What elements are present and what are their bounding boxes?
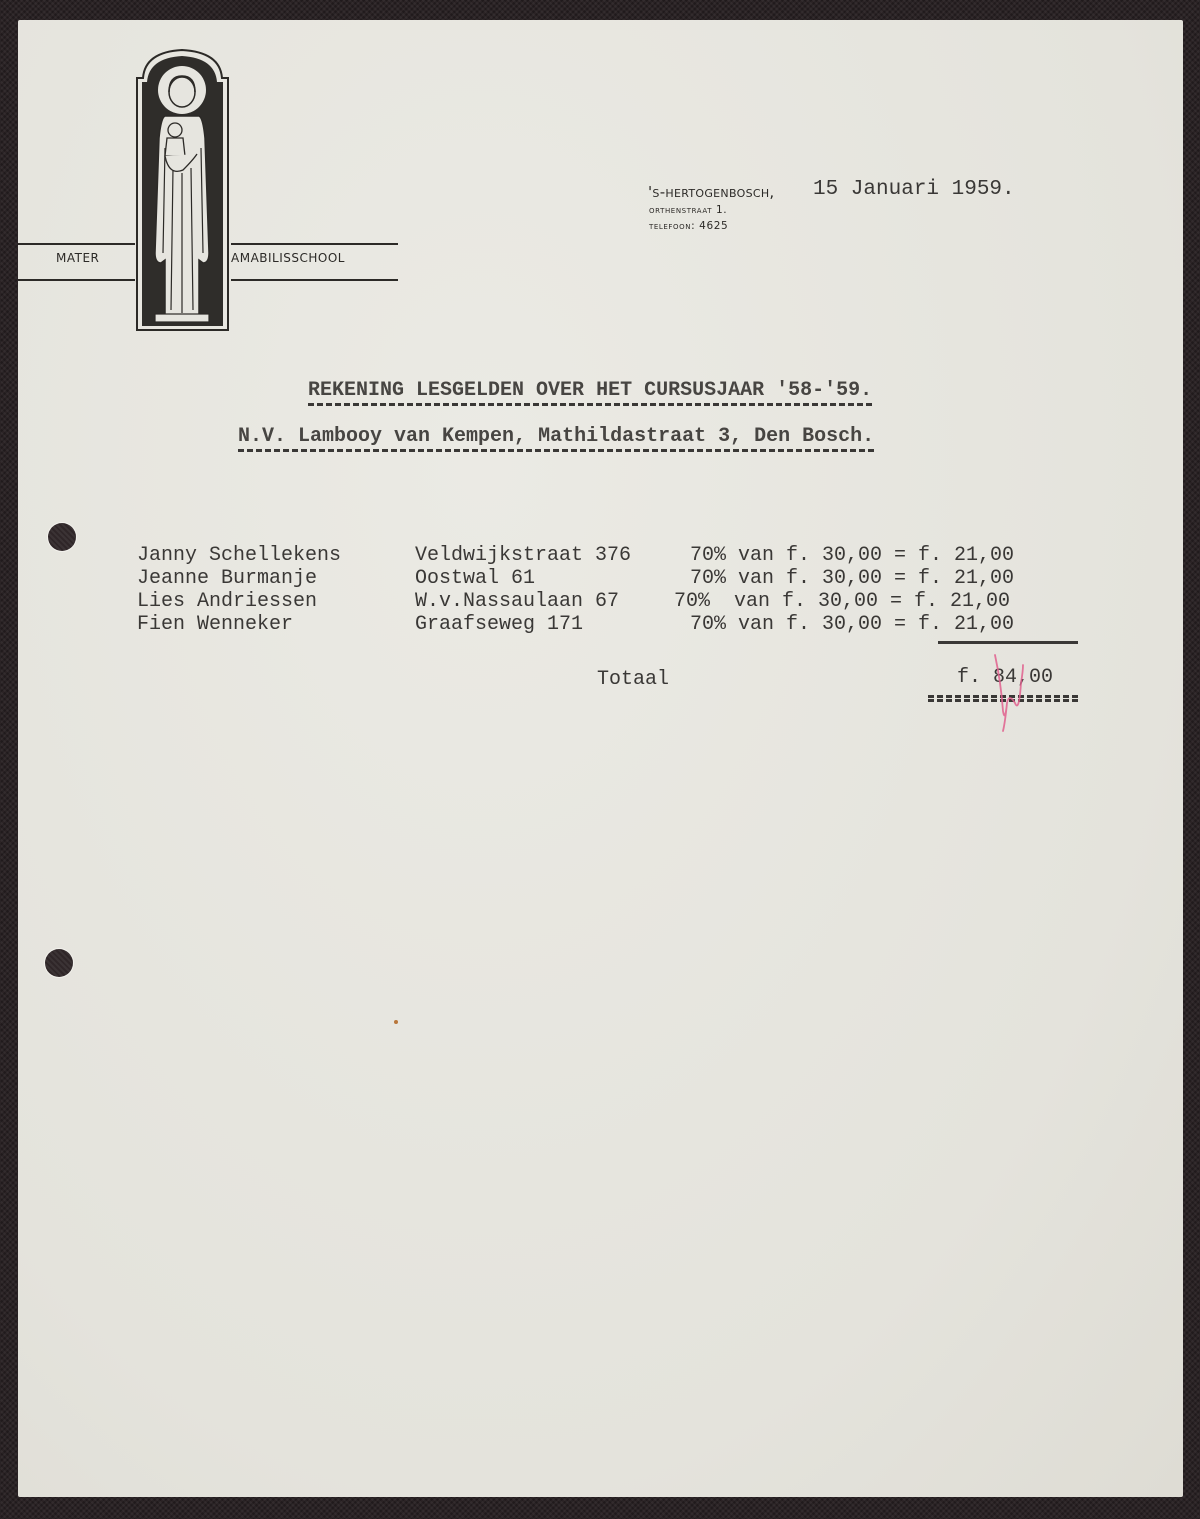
- table-row-name: Jeanne Burmanje: [137, 567, 317, 590]
- table-row-address: Graafseweg 171: [415, 613, 583, 636]
- letterhead-phone: telefoon: 4625: [649, 220, 728, 232]
- letterhead-city: 's-Hertogenbosch,: [648, 183, 774, 201]
- table-row-address: Veldwijkstraat 376: [415, 544, 631, 567]
- table-row-calc: 70% van f. 30,00 = f. 21,00: [674, 590, 1010, 613]
- letterhead-street: Orthenstraat 1.: [649, 204, 727, 216]
- table-row-name: Janny Schellekens: [137, 544, 341, 567]
- punch-hole-bottom: [45, 949, 73, 977]
- table-row-calc: 70% van f. 30,00 = f. 21,00: [690, 567, 1014, 590]
- letterhead-rule-bottom-right: [231, 279, 398, 281]
- letterhead-rule-bottom-left: [18, 279, 135, 281]
- letterhead-rule-top-left: [18, 243, 135, 245]
- addressee-wrap: N.V. Lambooy van Kempen, Mathildastraat …: [190, 402, 874, 471]
- table-row-address: W.v.Nassaulaan 67: [415, 590, 619, 613]
- school-name-left: Mater: [56, 247, 99, 267]
- addressee: N.V. Lambooy van Kempen, Mathildastraat …: [238, 425, 874, 452]
- table-row-calc: 70% van f. 30,00 = f. 21,00: [690, 544, 1014, 567]
- madonna-and-child-icon: [135, 48, 230, 333]
- table-row-address: Oostwal 61: [415, 567, 535, 590]
- handwritten-check-icon: [993, 653, 1033, 733]
- table-row-calc: 70% van f. 30,00 = f. 21,00: [690, 613, 1014, 636]
- punch-hole-top: [48, 523, 76, 551]
- document-date: 15 Januari 1959.: [813, 178, 1015, 201]
- paper-stain: [394, 1020, 398, 1024]
- table-row-name: Lies Andriessen: [137, 590, 317, 613]
- letterhead-rule-top-right: [231, 243, 398, 245]
- subtotal-rule: [938, 641, 1078, 644]
- school-name-right: Amabilisschool: [231, 247, 345, 267]
- paper-sheet: Mater Amabilisschool 's-Hertogenbosch, O…: [18, 20, 1183, 1497]
- table-row-name: Fien Wenneker: [137, 613, 293, 636]
- total-label: Totaal: [597, 668, 669, 691]
